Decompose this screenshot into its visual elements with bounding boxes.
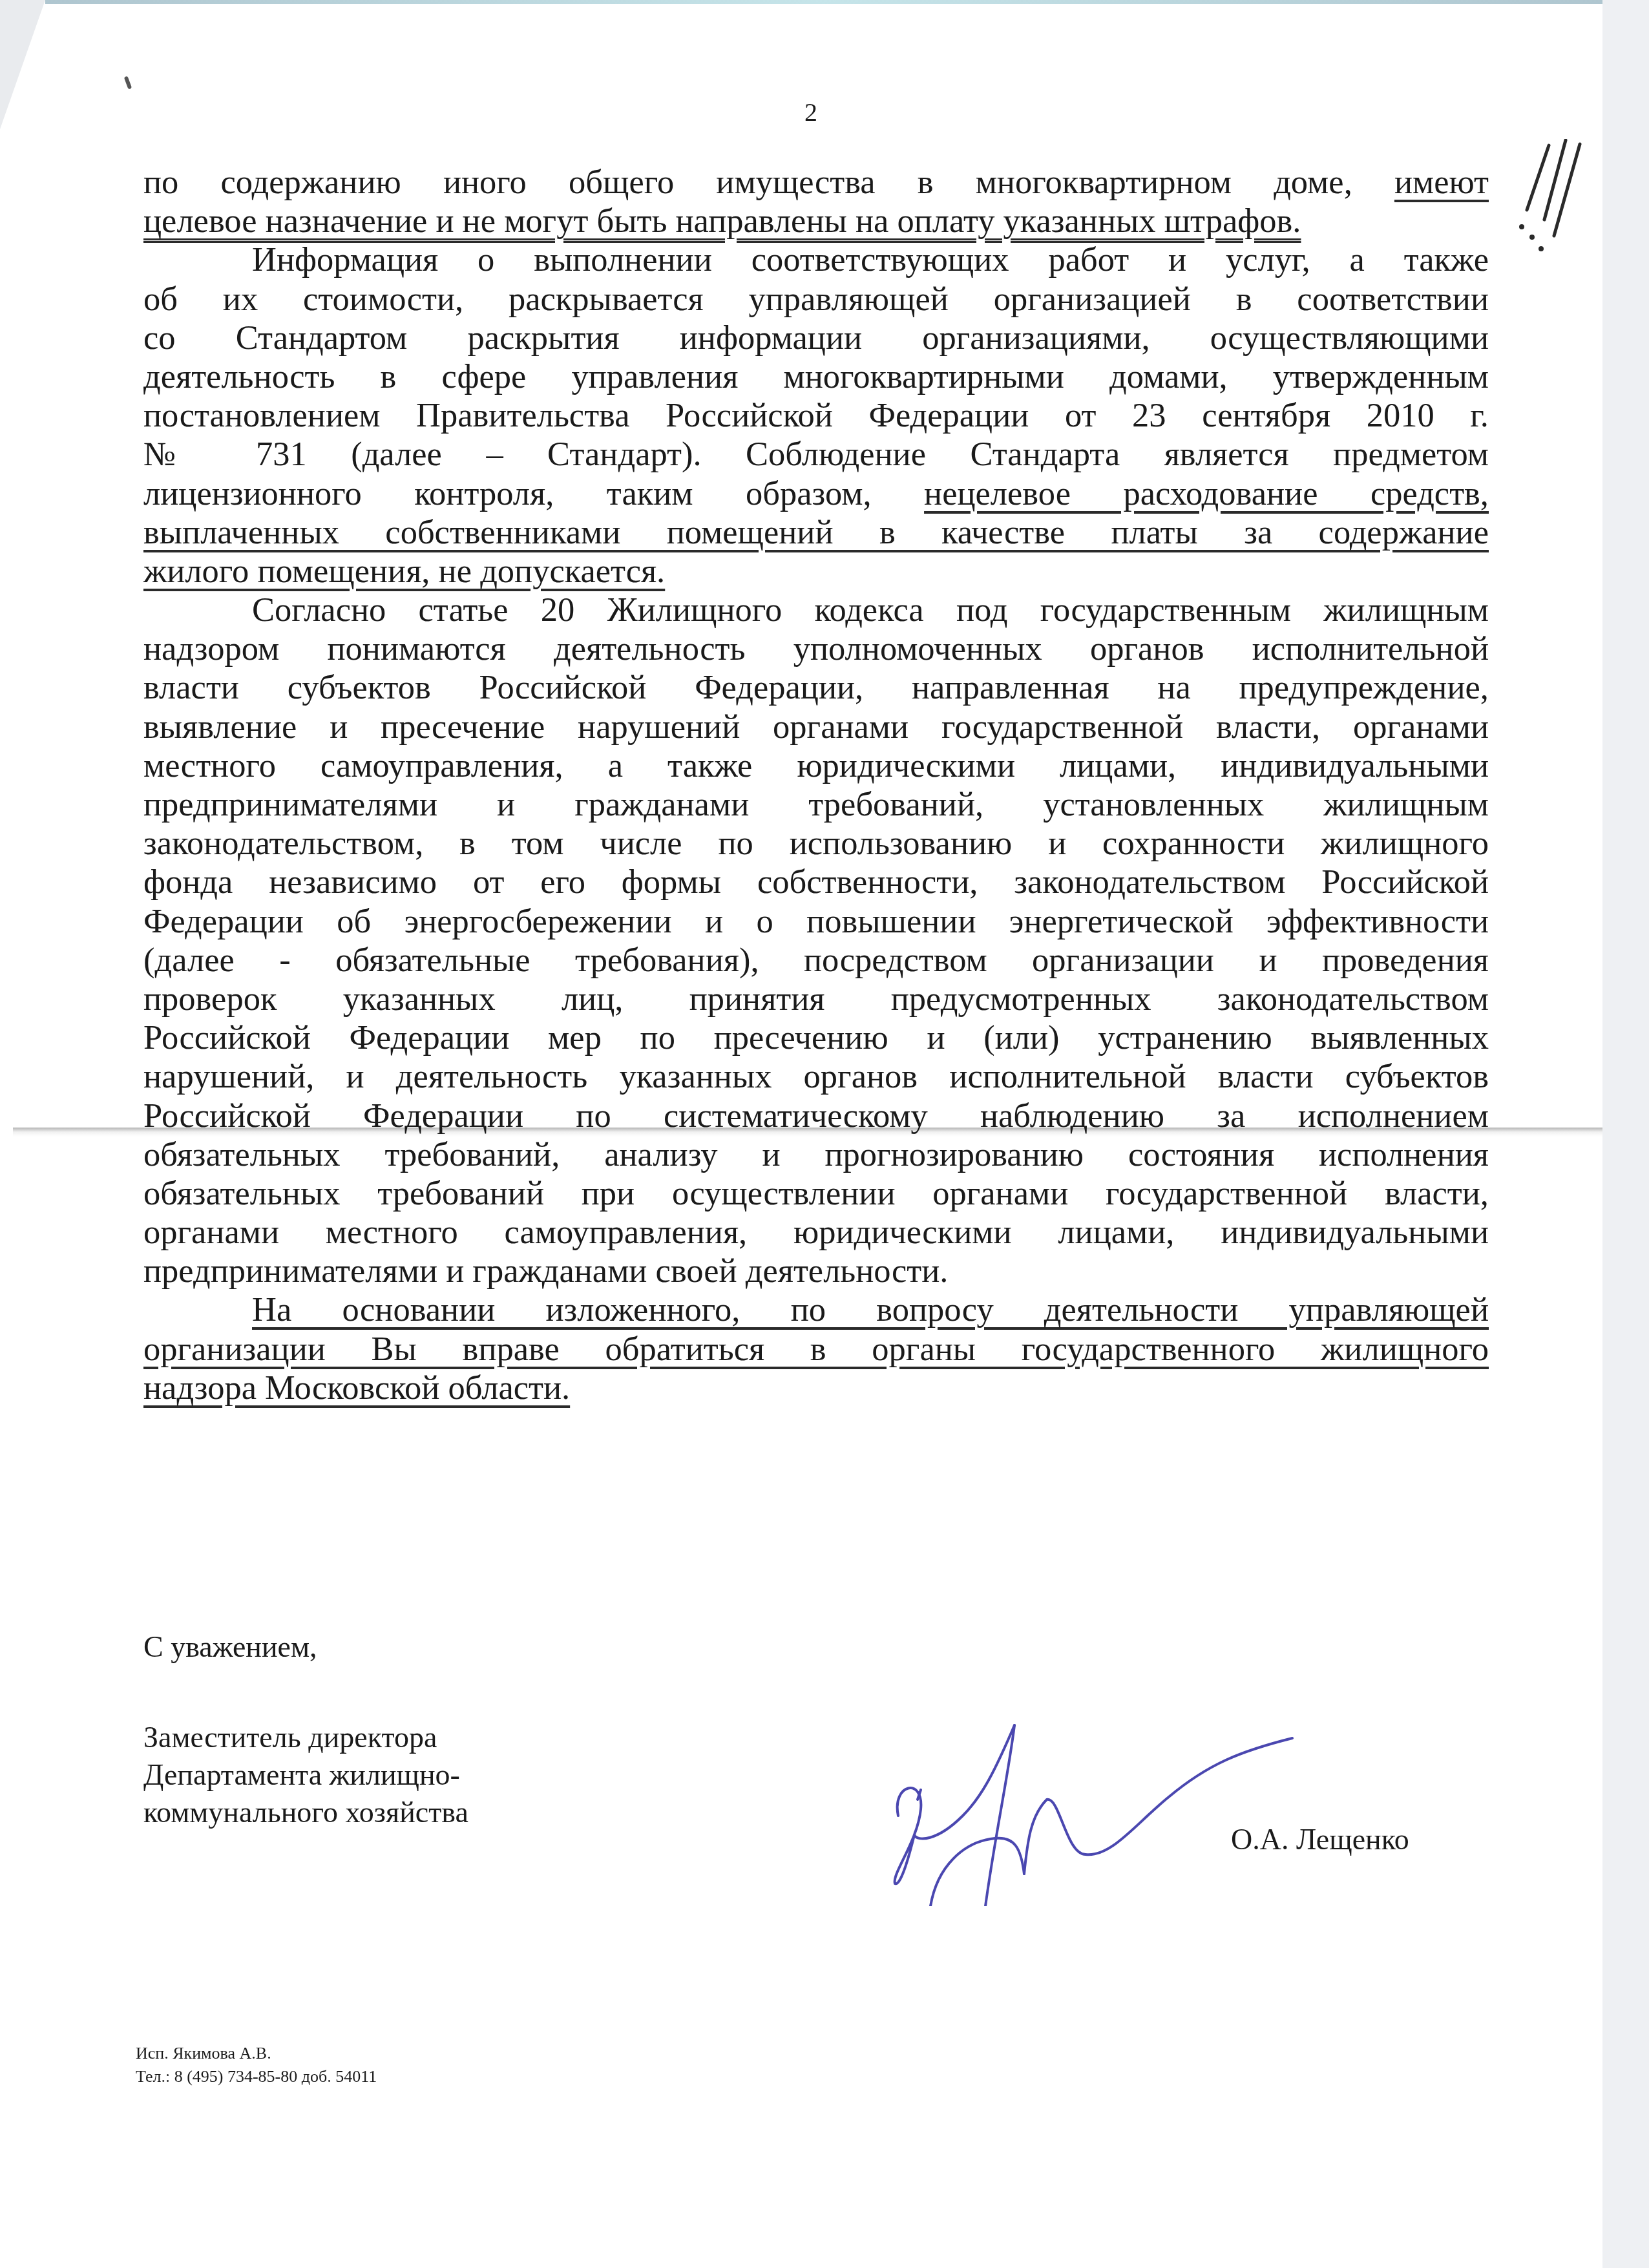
- text-segment: обязательных требований при осуществлени…: [143, 1175, 1489, 1212]
- text-line: Российской Федерации мер по пресечению и…: [143, 1018, 1489, 1057]
- text-line: нарушений, и деятельность указанных орга…: [143, 1057, 1489, 1096]
- text-segment: со Стандартом раскрытия информации орган…: [143, 319, 1489, 357]
- text-segment: (далее - обязательные требования), посре…: [143, 941, 1489, 979]
- executor-info: Исп. Якимова А.В. Тел.: 8 (495) 734-85-8…: [136, 2042, 377, 2088]
- text-line: об их стоимости, раскрывается управляюще…: [143, 280, 1489, 319]
- text-line: жилого помещения, не допускается.: [143, 552, 1489, 591]
- text-segment: нарушений, и деятельность указанных орга…: [143, 1058, 1489, 1095]
- text-line: фонда независимо от его формы собственно…: [143, 863, 1489, 901]
- underlined-text: целевое назначение и не могут быть напра…: [143, 202, 1301, 240]
- text-line: выявление и пресечение нарушений органам…: [143, 708, 1489, 746]
- text-line: местного самоуправления, а также юридиче…: [143, 746, 1489, 785]
- closing-salutation: С уважением,: [143, 1628, 317, 1666]
- text-line: надзора Московской области.: [143, 1369, 1489, 1407]
- text-line: Информация о выполнении соответствующих …: [143, 240, 1489, 279]
- signatory-title-line: коммунального хозяйства: [143, 1794, 468, 1831]
- text-line: предпринимателями и гражданами требовани…: [143, 785, 1489, 824]
- signatory-title-line: Департамента жилищно-: [143, 1756, 468, 1794]
- text-line: обязательных требований, анализу и прогн…: [143, 1135, 1489, 1174]
- text-line: целевое назначение и не могут быть напра…: [143, 202, 1489, 240]
- executor-name: Исп. Якимова А.В.: [136, 2042, 377, 2065]
- text-segment: выявление и пресечение нарушений органам…: [143, 708, 1489, 746]
- underlined-text: жилого помещения, не допускается.: [143, 552, 665, 590]
- text-segment: Федерации об энергосбережении и о повыше…: [143, 903, 1489, 940]
- text-segment: местного самоуправления, а также юридиче…: [143, 747, 1489, 784]
- text-line: постановлением Правительства Российской …: [143, 396, 1489, 435]
- text-line: На основании изложенного, по вопросу дея…: [143, 1290, 1489, 1329]
- text-line: лицензионного контроля, таким образом, н…: [143, 474, 1489, 513]
- text-line: обязательных требований при осуществлени…: [143, 1174, 1489, 1213]
- underlined-text: выплаченных собственниками помещений в к…: [143, 514, 1489, 551]
- text-line: органами местного самоуправления, юридич…: [143, 1213, 1489, 1252]
- text-segment: законодательством, в том числе по исполь…: [143, 824, 1489, 862]
- text-line: со Стандартом раскрытия информации орган…: [143, 319, 1489, 357]
- paragraph: Согласно статье 20 Жилищного кодекса под…: [143, 591, 1489, 1290]
- text-line: надзором понимаются деятельность уполном…: [143, 629, 1489, 668]
- text-segment: Информация о выполнении соответствующих …: [252, 241, 1489, 278]
- text-segment: предпринимателями и гражданами своей дея…: [143, 1252, 948, 1290]
- text-line: Согласно статье 20 Жилищного кодекса под…: [143, 591, 1489, 629]
- text-segment: фонда независимо от его формы собственно…: [143, 863, 1489, 901]
- paragraph: Информация о выполнении соответствующих …: [143, 240, 1489, 591]
- text-segment: по содержанию иного общего имущества в м…: [143, 163, 1394, 201]
- text-segment: обязательных требований, анализу и прогн…: [143, 1136, 1489, 1173]
- signatory-title: Заместитель директора Департамента жилищ…: [143, 1719, 468, 1831]
- text-line: по содержанию иного общего имущества в м…: [143, 163, 1489, 202]
- text-segment: № 731 (далее – Стандарт). Соблюдение Ста…: [143, 436, 1489, 473]
- paragraph: На основании изложенного, по вопросу дея…: [143, 1290, 1489, 1407]
- text-line: проверок указанных лиц, принятия предусм…: [143, 980, 1489, 1018]
- text-line: Федерации об энергосбережении и о повыше…: [143, 902, 1489, 941]
- text-segment: Российской Федерации по систематическому…: [143, 1097, 1489, 1135]
- text-line: власти субъектов Российской Федерации, н…: [143, 668, 1489, 707]
- scan-right-margin: [1602, 0, 1649, 2268]
- handwritten-margin-mark-icon: [1515, 139, 1593, 255]
- text-segment: лицензионного контроля, таким образом,: [143, 475, 924, 512]
- underlined-text: На основании изложенного, по вопросу дея…: [252, 1291, 1489, 1328]
- text-segment: деятельность в сфере управления многоква…: [143, 358, 1489, 395]
- underlined-text: организации Вы вправе обратиться в орган…: [143, 1330, 1489, 1368]
- text-segment: постановлением Правительства Российской …: [143, 397, 1489, 434]
- paragraph: по содержанию иного общего имущества в м…: [143, 163, 1489, 240]
- underlined-text: нецелевое расходование средств,: [924, 475, 1489, 512]
- text-segment: предпринимателями и гражданами требовани…: [143, 786, 1489, 823]
- text-segment: органами местного самоуправления, юридич…: [143, 1213, 1489, 1251]
- text-line: № 731 (далее – Стандарт). Соблюдение Ста…: [143, 435, 1489, 474]
- text-line: деятельность в сфере управления многоква…: [143, 357, 1489, 396]
- signatory-title-line: Заместитель директора: [143, 1719, 468, 1756]
- text-line: предпринимателями и гражданами своей дея…: [143, 1252, 1489, 1290]
- text-segment: Российской Федерации мер по пресечению и…: [143, 1019, 1489, 1056]
- underlined-text: имеют: [1394, 163, 1489, 201]
- handwritten-signature-icon: [866, 1693, 1331, 1906]
- page-number: 2: [804, 97, 817, 127]
- letter-body: по содержанию иного общего имущества в м…: [143, 163, 1489, 1407]
- text-line: выплаченных собственниками помещений в к…: [143, 513, 1489, 552]
- text-segment: надзором понимаются деятельность уполном…: [143, 630, 1489, 667]
- text-segment: власти субъектов Российской Федерации, н…: [143, 669, 1489, 706]
- signer-name: О.А. Лещенко: [1231, 1822, 1409, 1856]
- text-line: организации Вы вправе обратиться в орган…: [143, 1330, 1489, 1369]
- text-segment: об их стоимости, раскрывается управляюще…: [143, 280, 1489, 318]
- text-line: Российской Федерации по систематическому…: [143, 1097, 1489, 1135]
- text-segment: Согласно статье 20 Жилищного кодекса под…: [252, 591, 1489, 629]
- text-segment: проверок указанных лиц, принятия предусм…: [143, 980, 1489, 1018]
- scan-top-edge: [45, 0, 1602, 4]
- text-line: законодательством, в том числе по исполь…: [143, 824, 1489, 863]
- underlined-text: надзора Московской области.: [143, 1369, 570, 1407]
- executor-phone: Тел.: 8 (495) 734-85-80 доб. 54011: [136, 2065, 377, 2088]
- text-line: (далее - обязательные требования), посре…: [143, 941, 1489, 980]
